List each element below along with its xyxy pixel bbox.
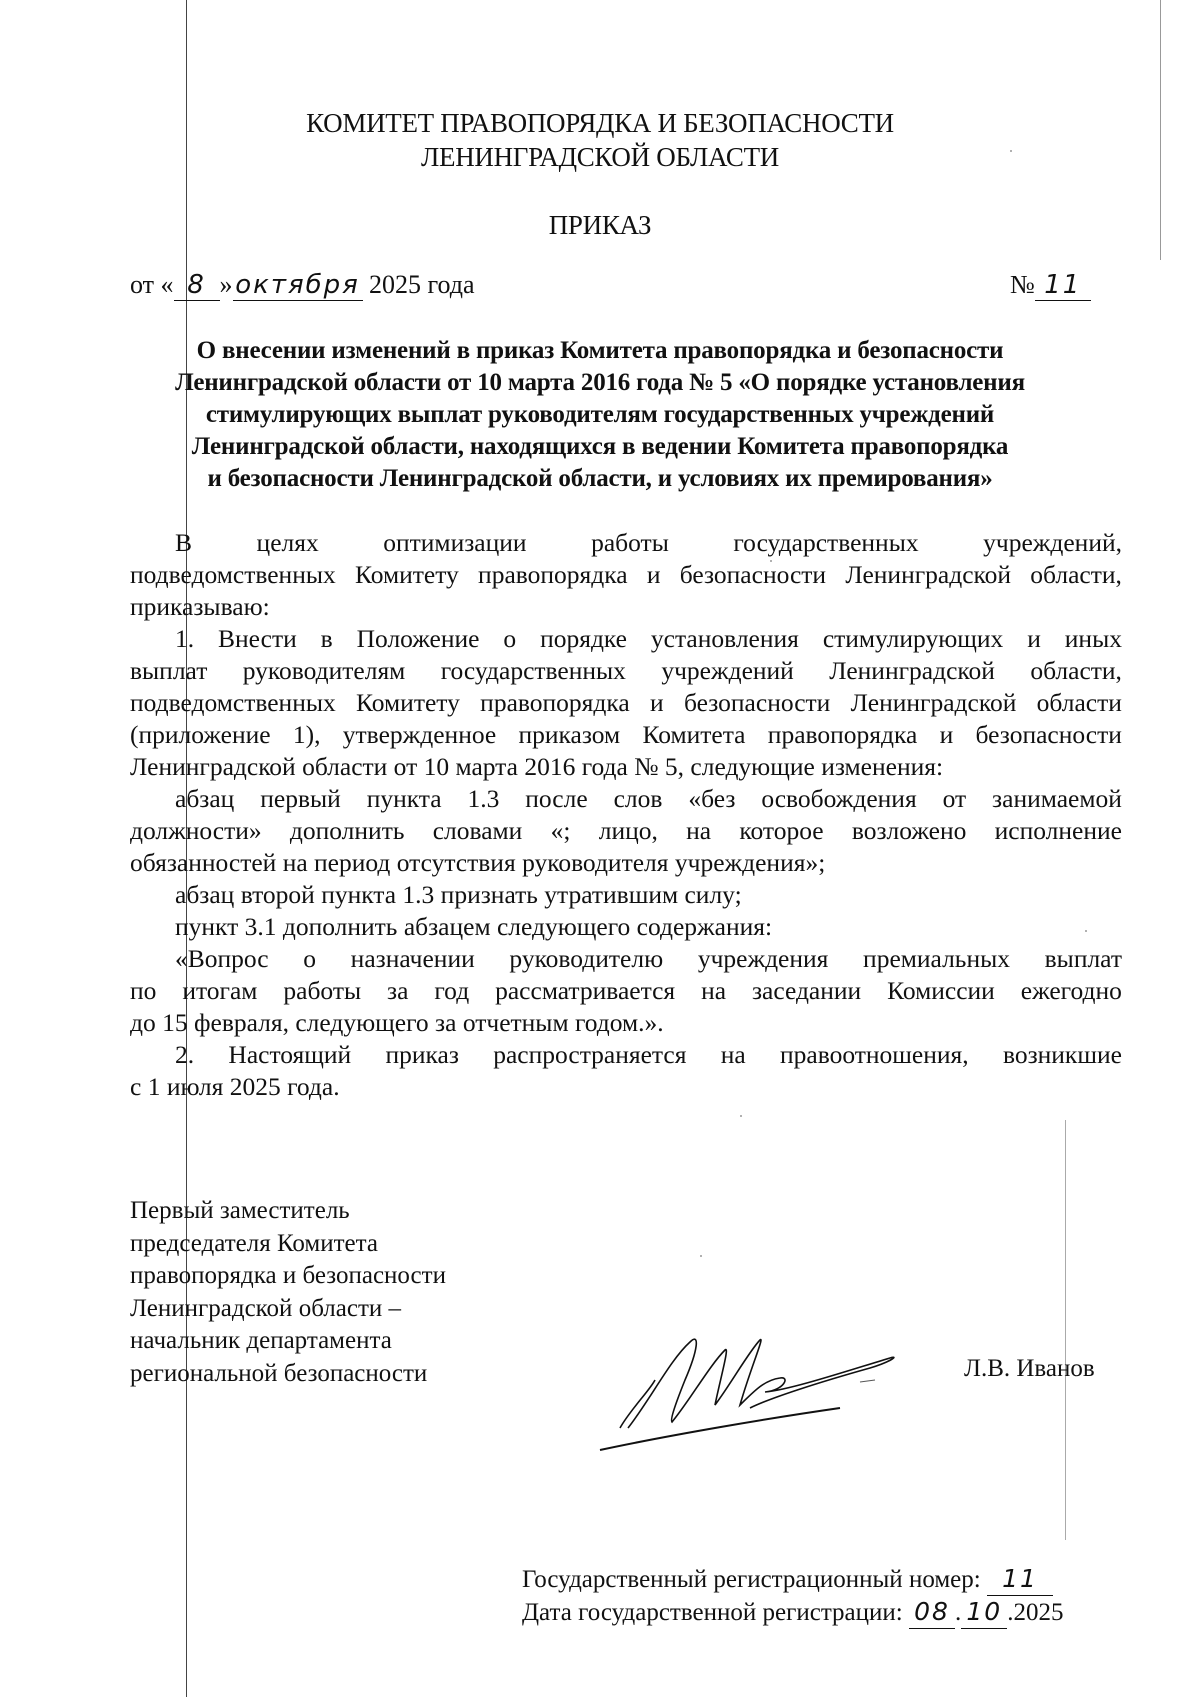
word: по bbox=[130, 975, 156, 1007]
body-line: «Вопросоназначениируководителюучреждения… bbox=[175, 943, 1122, 975]
scan-artifact-line-right-lower bbox=[1065, 1120, 1066, 1540]
word: Внести bbox=[218, 623, 297, 655]
word: иных bbox=[1065, 623, 1122, 655]
word: руководителю bbox=[509, 943, 663, 975]
position-line: правопорядка и безопасности bbox=[130, 1260, 446, 1293]
word: назначении bbox=[351, 943, 475, 975]
word: от bbox=[943, 783, 967, 815]
word: правопорядка bbox=[768, 719, 918, 751]
word: «; bbox=[551, 815, 571, 847]
word: рассматривается bbox=[495, 975, 675, 1007]
word: учреждения bbox=[698, 943, 829, 975]
order-number: №11 bbox=[1010, 270, 1091, 301]
word: исполнение bbox=[995, 815, 1122, 847]
scan-speck bbox=[770, 560, 772, 562]
date-day: 8 bbox=[174, 270, 220, 301]
word: учреждений bbox=[661, 655, 794, 687]
scan-speck bbox=[740, 1115, 742, 1117]
word: лицо, bbox=[599, 815, 658, 847]
word: 1.3 bbox=[467, 783, 499, 815]
body-line: обязанностей на период отсутствия руково… bbox=[130, 847, 1122, 879]
word: итогам bbox=[182, 975, 257, 1007]
word: оптимизации bbox=[383, 527, 526, 559]
word: возникшие bbox=[1003, 1039, 1122, 1071]
word: Настоящий bbox=[228, 1039, 351, 1071]
word: занимаемой bbox=[992, 783, 1122, 815]
body-line: приказываю: bbox=[130, 591, 1122, 623]
title-line-4: Ленинградской области, находящихся в вед… bbox=[0, 433, 1200, 461]
body-line: 2.Настоящийприказраспространяетсянаправо… bbox=[175, 1039, 1122, 1071]
word: год bbox=[434, 975, 469, 1007]
word: за bbox=[387, 975, 408, 1007]
word: порядке bbox=[540, 623, 627, 655]
registration-number-row: Государственный регистрационный номер: 1… bbox=[522, 1563, 1064, 1596]
word: о bbox=[303, 943, 316, 975]
word: в bbox=[321, 623, 333, 655]
word: заседании bbox=[752, 975, 861, 1007]
word: руководителям bbox=[243, 655, 406, 687]
word: освобождения bbox=[761, 783, 916, 815]
body-line: Ленинградской области от 10 марта 2016 г… bbox=[130, 751, 1122, 783]
registration-date-month: 10 bbox=[961, 1596, 1007, 1629]
word: возложено bbox=[852, 815, 967, 847]
word: области, bbox=[1030, 655, 1122, 687]
word: выплат bbox=[1045, 943, 1122, 975]
word: подведомственных bbox=[130, 687, 336, 719]
body-line: абзац второй пункта 1.3 признать утратив… bbox=[175, 879, 1122, 911]
word: слов bbox=[614, 783, 663, 815]
word: работы bbox=[283, 975, 361, 1007]
body-line: выплатруководителямгосударственныхучрежд… bbox=[130, 655, 1122, 687]
word: первый bbox=[260, 783, 341, 815]
committee-name-line-2: ЛЕНИНГРАДСКОЙ ОБЛАСТИ bbox=[0, 142, 1200, 173]
word: Ленинградской bbox=[845, 559, 1011, 591]
handwritten-signature bbox=[590, 1310, 920, 1460]
registration-date-year: .2025 bbox=[1007, 1599, 1063, 1626]
position-line: Первый заместитель bbox=[130, 1195, 446, 1228]
word: учреждений, bbox=[983, 527, 1122, 559]
number-value: 11 bbox=[1035, 270, 1091, 301]
word: должности» bbox=[130, 815, 262, 847]
registration-number-label: Государственный регистрационный номер: bbox=[522, 1566, 981, 1593]
body-line: до 15 февраля, следующего за отчетным го… bbox=[130, 1007, 1122, 1039]
title-line-2: Ленинградской области от 10 марта 2016 г… bbox=[0, 369, 1200, 397]
signatory-position: Первый заместитель председателя Комитета… bbox=[130, 1195, 446, 1390]
word: и bbox=[647, 559, 661, 591]
body-line: Вцеляхоптимизацииработыгосударственныхуч… bbox=[175, 527, 1122, 559]
title-line-3: стимулирующих выплат руководителям госуд… bbox=[0, 401, 1200, 429]
body-line: подведомственныхКомитетуправопорядкаибез… bbox=[130, 687, 1122, 719]
scan-speck bbox=[320, 1375, 322, 1377]
position-line: председателя Комитета bbox=[130, 1228, 446, 1261]
word: и bbox=[940, 719, 954, 751]
word: правопорядка bbox=[478, 559, 628, 591]
word: 1), bbox=[293, 719, 321, 751]
word: «без bbox=[688, 783, 735, 815]
word: после bbox=[525, 783, 587, 815]
word: целях bbox=[257, 527, 319, 559]
signer-name: Л.В. Иванов bbox=[964, 1355, 1095, 1383]
word: правопорядка bbox=[480, 687, 630, 719]
word: и bbox=[650, 687, 664, 719]
position-line: Ленинградской области – bbox=[130, 1293, 446, 1326]
body-line: 1.ВнестивПоложениеопорядкеустановленияст… bbox=[175, 623, 1122, 655]
word: приказом bbox=[519, 719, 621, 751]
state-registration: Государственный регистрационный номер: 1… bbox=[522, 1563, 1064, 1629]
word: государственных bbox=[441, 655, 626, 687]
word: премиальных bbox=[863, 943, 1010, 975]
word: на bbox=[686, 815, 711, 847]
word: на bbox=[701, 975, 726, 1007]
registration-date-day: 08 bbox=[909, 1596, 955, 1629]
title-line-1: О внесении изменений в приказ Комитета п… bbox=[0, 337, 1200, 365]
date-month: октября bbox=[233, 270, 363, 301]
word: 1. bbox=[175, 623, 194, 655]
word: (приложение bbox=[130, 719, 271, 751]
word: государственных bbox=[733, 527, 918, 559]
word: подведомственных bbox=[130, 559, 336, 591]
date-suffix: 2025 года bbox=[369, 270, 475, 299]
word: 2. bbox=[175, 1039, 194, 1071]
word: Комитета bbox=[642, 719, 745, 751]
order-date: от «8»октября 2025 года bbox=[130, 270, 475, 301]
word: утвержденное bbox=[343, 719, 496, 751]
number-label: № bbox=[1010, 270, 1035, 299]
scan-speck bbox=[1010, 150, 1012, 152]
word: безопасности bbox=[684, 687, 830, 719]
body-line: пункт 3.1 дополнить абзацем следующего с… bbox=[175, 911, 1122, 943]
word: выплат bbox=[130, 655, 207, 687]
committee-name-line-1: КОМИТЕТ ПРАВОПОРЯДКА И БЕЗОПАСНОСТИ bbox=[0, 108, 1200, 139]
word: о bbox=[503, 623, 516, 655]
word: правоотношения, bbox=[780, 1039, 969, 1071]
word: пункта bbox=[367, 783, 442, 815]
body-line: с 1 июля 2025 года. bbox=[130, 1071, 1122, 1103]
word: Комитету bbox=[356, 687, 460, 719]
word: области, bbox=[1030, 559, 1122, 591]
body-line: (приложение1),утвержденноеприказомКомите… bbox=[130, 719, 1122, 751]
word: распространяется bbox=[493, 1039, 686, 1071]
document-type: ПРИКАЗ bbox=[0, 210, 1200, 241]
body-line: должности»дополнитьсловами«;лицо,накотор… bbox=[130, 815, 1122, 847]
word: безопасности bbox=[976, 719, 1122, 751]
word: Ленинградской bbox=[851, 687, 1017, 719]
title-line-5: и безопасности Ленинградской области, и … bbox=[0, 465, 1200, 493]
registration-date-row: Дата государственной регистрации: 08.10.… bbox=[522, 1596, 1064, 1629]
body-line: поитогамработызагодрассматриваетсяназасе… bbox=[130, 975, 1122, 1007]
word: Ленинградской bbox=[829, 655, 995, 687]
word: на bbox=[721, 1039, 746, 1071]
word: дополнить bbox=[290, 815, 405, 847]
position-line: региональной безопасности bbox=[130, 1358, 446, 1391]
scan-speck bbox=[700, 1255, 702, 1257]
word: безопасности bbox=[680, 559, 826, 591]
word: Комитету bbox=[355, 559, 459, 591]
registration-date-label: Дата государственной регистрации: bbox=[522, 1599, 903, 1626]
scan-speck bbox=[1085, 930, 1087, 932]
word: и bbox=[1027, 623, 1041, 655]
word: «Вопрос bbox=[175, 943, 269, 975]
word: Положение bbox=[357, 623, 480, 655]
body-line: абзацпервыйпункта1.3послеслов«безосвобож… bbox=[175, 783, 1122, 815]
word: работы bbox=[591, 527, 669, 559]
word: В bbox=[175, 527, 192, 559]
word: которое bbox=[739, 815, 823, 847]
word: установления bbox=[651, 623, 799, 655]
registration-number-value: 11 bbox=[987, 1563, 1053, 1596]
word: ежегодно bbox=[1021, 975, 1122, 1007]
body-line: подведомственныхКомитетуправопорядкаибез… bbox=[130, 559, 1122, 591]
word: абзац bbox=[175, 783, 234, 815]
word: стимулирующих bbox=[823, 623, 1004, 655]
word: словами bbox=[433, 815, 523, 847]
word: области bbox=[1037, 687, 1122, 719]
word: приказ bbox=[386, 1039, 459, 1071]
word: Комиссии bbox=[887, 975, 995, 1007]
position-line: начальник департамента bbox=[130, 1325, 446, 1358]
date-mid: » bbox=[220, 270, 233, 299]
date-prefix: от « bbox=[130, 270, 174, 299]
